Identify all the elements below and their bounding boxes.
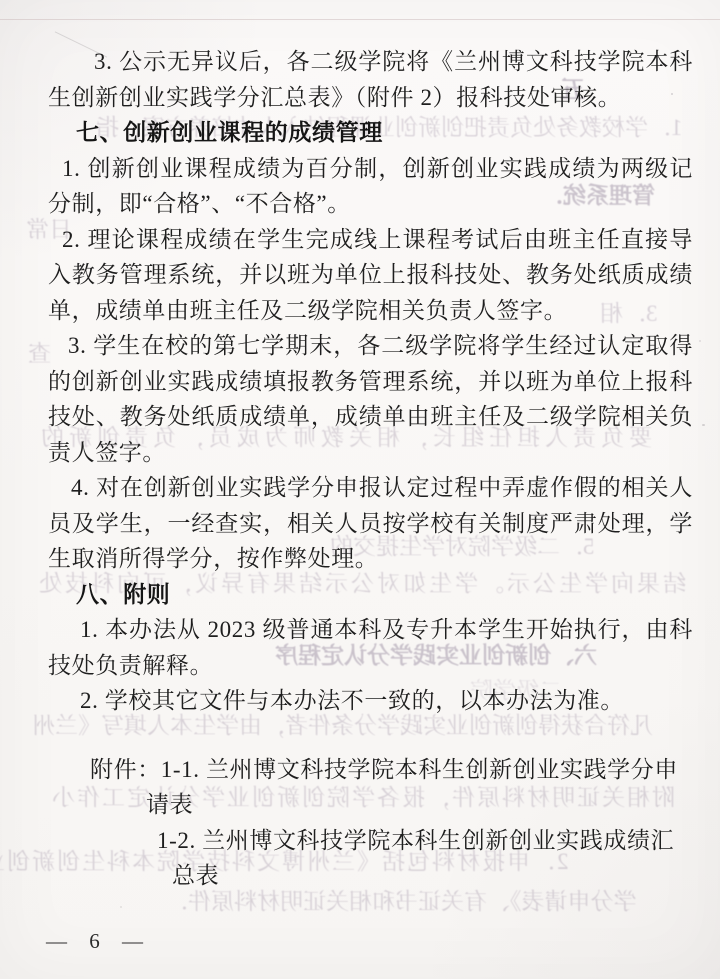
document-body: 3. 公示无异议后，各二级学院将《兰州博文科技学院本科生创新创业实践学分汇总表》… bbox=[48, 44, 693, 894]
body-paragraph-fraud-handling: 4. 对在创新创业实践学分申报认定过程中弄虚作假的相关人员及学生，一经查实，相关… bbox=[48, 470, 693, 577]
scan-speckle bbox=[120, 906, 122, 908]
section-heading-8: 八、附则 bbox=[48, 577, 693, 613]
scanned-document-page: { "page": { "number_label": "— 6 —", "co… bbox=[0, 0, 720, 979]
body-paragraph-effective-date: 1. 本办法从 2023 级普通本科及专升本学生开始执行，由科技处负责解释。 bbox=[48, 612, 693, 683]
body-paragraph-precedence: 2. 学校其它文件与本办法不一致的，以本办法为准。 bbox=[48, 683, 693, 719]
section-heading-7: 七、创新创业课程的成绩管理 bbox=[48, 115, 693, 151]
scan-speckle bbox=[702, 424, 705, 426]
body-paragraph-publicity: 3. 公示无异议后，各二级学院将《兰州博文科技学院本科生创新创业实践学分汇总表》… bbox=[48, 44, 693, 115]
attachment-line-1: 附件：1-1. 兰州博文科技学院本科生创新创业实践学分申 bbox=[48, 752, 693, 788]
page-number: — 6 — bbox=[46, 929, 147, 954]
body-paragraph-theory-course: 2. 理论课程成绩在学生完成线上课程考试后由班主任直接导入教务管理系统，并以班为… bbox=[48, 222, 693, 329]
attachment-line-4: 总表 bbox=[48, 858, 693, 894]
scan-speckle bbox=[699, 340, 701, 342]
attachment-list: 附件：1-1. 兰州博文科技学院本科生创新创业实践学分申 请表 1-2. 兰州博… bbox=[48, 752, 693, 894]
body-paragraph-grading-scale: 1. 创新创业课程成绩为百分制，创新创业实践成绩为两级记分制，即“合格”、“不合… bbox=[48, 151, 693, 222]
scan-crease bbox=[0, 19, 720, 20]
attachment-line-3: 1-2. 兰州博文科技学院本科生创新创业实践成绩汇 bbox=[48, 823, 693, 859]
body-paragraph-seventh-semester: 3. 学生在校的第七学期末，各二级学院将学生经过认定取得的创新创业实践成绩填报教… bbox=[48, 328, 693, 470]
attachment-line-2: 请表 bbox=[48, 787, 693, 823]
